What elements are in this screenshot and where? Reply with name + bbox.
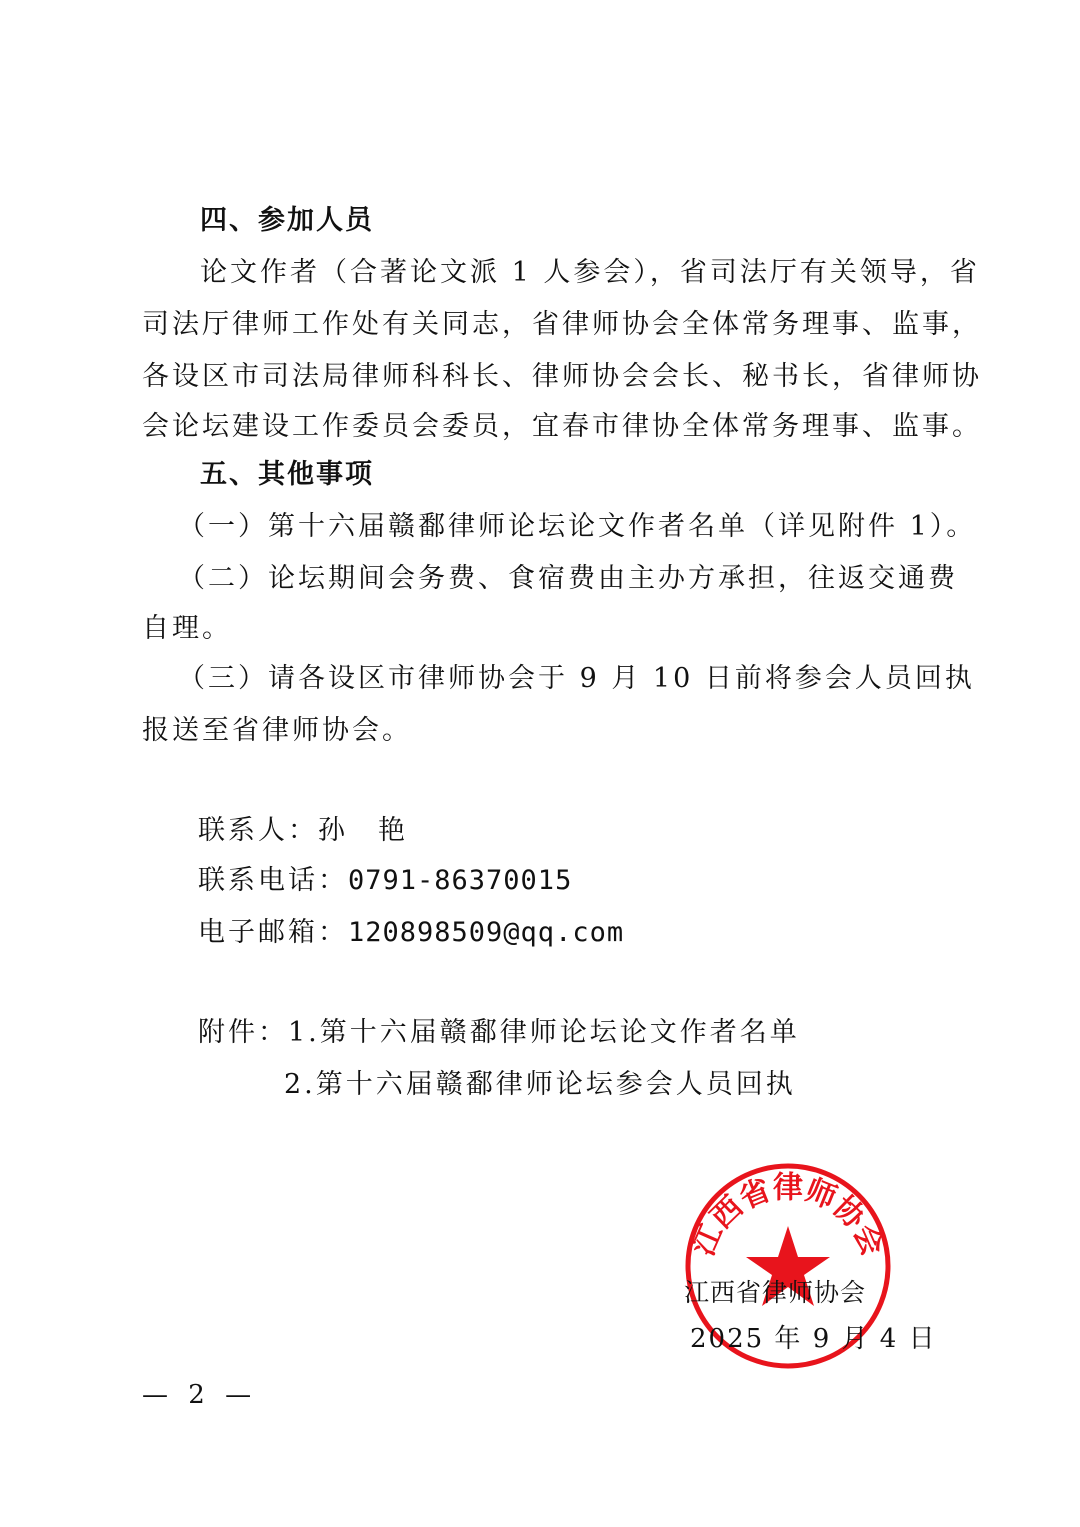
section-4-line-3: 各设区市司法局律师科科长、律师协会会长、秘书长，省律师协 <box>142 360 982 394</box>
section-4-heading: 四、参加人员 <box>200 204 374 238</box>
attachment-item-1: 1.第十六届赣鄱律师论坛论文作者名单 <box>288 1017 800 1048</box>
page-number: — 2 — <box>142 1380 257 1410</box>
attachments-line-1: 附件：1.第十六届赣鄱律师论坛论文作者名单 <box>198 1016 800 1050</box>
section-5-item-1: （一）第十六届赣鄱律师论坛论文作者名单（详见附件 1）。 <box>178 510 976 544</box>
contact-phone-value: 0791-86370015 <box>348 865 572 896</box>
attachments-label: 附件： <box>198 1017 288 1048</box>
section-5-item-3-line-1: （三）请各设区市律师协会于 9 月 10 日前将参会人员回执 <box>178 662 975 696</box>
signature-date: 2025 年 9 月 4 日 <box>690 1322 937 1356</box>
signature-org: 江西省律师协会 <box>684 1276 866 1310</box>
attachment-item-2: 2.第十六届赣鄱律师论坛参会人员回执 <box>284 1068 796 1102</box>
section-5-item-2-line-2: 自理。 <box>142 612 232 646</box>
contact-email: 电子邮箱：120898509@qq.com <box>198 916 624 950</box>
contact-person: 联系人：孙 艳 <box>198 814 408 848</box>
contact-phone: 联系电话：0791-86370015 <box>198 864 572 898</box>
contact-phone-label: 联系电话： <box>198 865 348 896</box>
section-4-line-4: 会论坛建设工作委员会委员，宜春市律协全体常务理事、监事。 <box>142 410 982 444</box>
section-5-item-2-line-1: （二）论坛期间会务费、食宿费由主办方承担，往返交通费 <box>178 562 958 596</box>
contact-email-label: 电子邮箱： <box>198 917 348 948</box>
contact-email-value: 120898509@qq.com <box>348 917 624 948</box>
contact-person-label: 联系人： <box>198 815 318 846</box>
section-5-item-3-line-2: 报送至省律师协会。 <box>142 714 412 748</box>
section-4-line-1: 论文作者（合著论文派 1 人参会），省司法厅有关领导，省 <box>200 256 952 290</box>
contact-person-name: 孙 艳 <box>318 815 408 846</box>
section-4-line-2: 司法厅律师工作处有关同志，省律师协会全体常务理事、监事， <box>142 308 982 342</box>
section-5-heading: 五、其他事项 <box>200 458 374 492</box>
